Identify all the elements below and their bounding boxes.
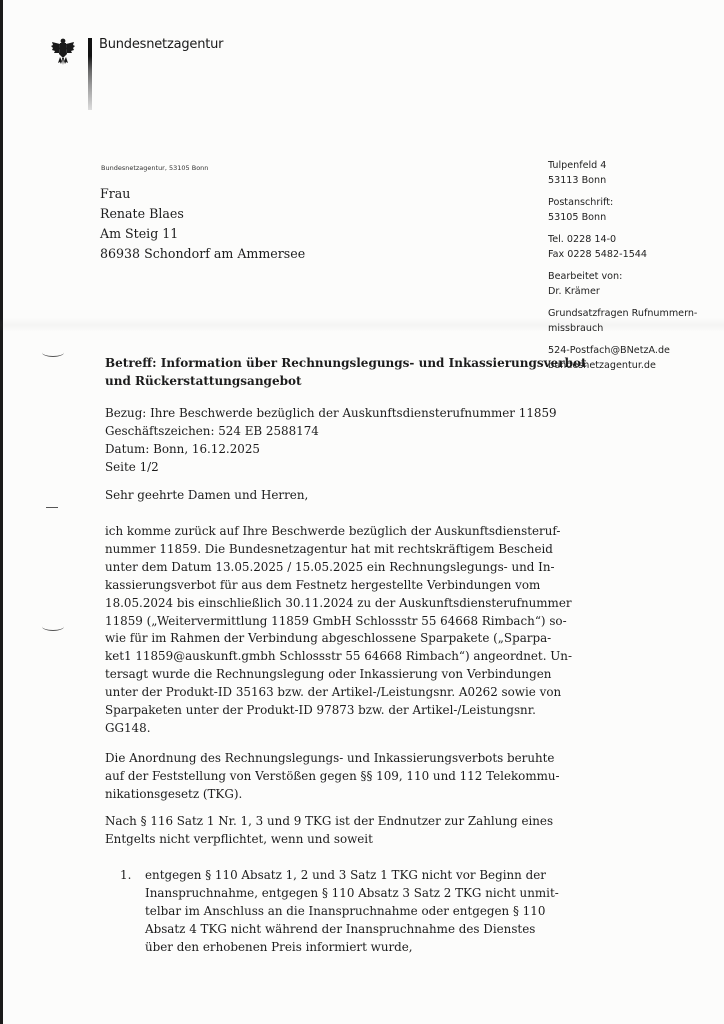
text-line: tersagt wurde die Rechnungslegung oder I… [105,666,572,684]
text-line: 18.05.2024 bis einschließlich 30.11.2024… [105,595,572,613]
text-line: wie für im Rahmen der Verbindung abgesch… [105,630,572,648]
postal-label: Postanschrift: [548,195,724,210]
reference-file-number: Geschäftszeichen: 524 EB 2588174 [105,423,557,441]
agency-name: Bundesnetzagentur [99,37,223,52]
text-line: Sparpaketen unter der Produkt-ID 97873 b… [105,702,572,720]
recipient-city: 86938 Schondorf am Ammersee [100,244,305,264]
department-line2: missbrauch [548,321,724,336]
office-address-line1: Tulpenfeld 4 [548,158,724,173]
salutation: Sehr geehrte Damen und Herren, [105,487,308,505]
logo-bar [88,38,92,110]
recipient-address: Frau Renate Blaes Am Steig 11 86938 Scho… [100,184,305,264]
text-line: nummer 11859. Die Bundesnetzagentur hat … [105,541,572,559]
list-item-number: 1. [120,867,131,885]
recipient-salutation: Frau [100,184,305,204]
fold-mark [46,507,58,508]
text-line: Inanspruchnahme, entgegen § 110 Absatz 3… [145,885,559,903]
text-line: unter der Produkt-ID 35163 bzw. der Arti… [105,684,572,702]
subject-line1: Betreff: Information über Rechnungslegun… [105,355,587,373]
subject-line2: und Rückerstattungsangebot [105,373,587,391]
department-line1: Grundsatzfragen Rufnummern- [548,306,724,321]
sender-info-sidebar: Tulpenfeld 4 53113 Bonn Postanschrift: 5… [548,158,724,380]
letter-page: Bundesnetzagentur Bundesnetzagentur, 531… [0,0,724,1024]
punch-mark [42,622,64,631]
paragraph-2: Die Anordnung des Rechnungslegungs- und … [105,750,560,804]
text-line: ket1 11859@auskunft.gmbh Schlossstr 55 6… [105,648,572,666]
processed-by-name: Dr. Krämer [548,284,724,299]
paragraph-1: ich komme zurück auf Ihre Beschwerde bez… [105,523,572,738]
scan-edge [0,0,3,1024]
reference-page: Seite 1/2 [105,459,557,477]
list-item: entgegen § 110 Absatz 1, 2 und 3 Satz 1 … [145,867,559,957]
federal-eagle-icon [51,36,75,66]
text-line: ich komme zurück auf Ihre Beschwerde bez… [105,523,572,541]
text-line: Die Anordnung des Rechnungslegungs- und … [105,750,560,768]
text-line: unter dem Datum 13.05.2025 / 15.05.2025 … [105,559,572,577]
text-line: Entgelts nicht verpflichtet, wenn und so… [105,831,553,849]
recipient-name: Renate Blaes [100,204,305,224]
fax: Fax 0228 5482-1544 [548,247,724,262]
subject-heading: Betreff: Information über Rechnungslegun… [105,355,587,391]
reference-date: Datum: Bonn, 16.12.2025 [105,441,557,459]
text-line: kassierungsverbot für aus dem Festnetz h… [105,577,572,595]
punch-mark [42,348,64,357]
text-line: auf der Feststellung von Verstößen gegen… [105,768,560,786]
paragraph-3: Nach § 116 Satz 1 Nr. 1, 3 und 9 TKG ist… [105,813,553,849]
text-line: über den erhobenen Preis informiert wurd… [145,939,559,957]
text-line: telbar im Anschluss an die Inanspruchnah… [145,903,559,921]
text-line: 11859 („Weitervermittlung 11859 GmbH Sch… [105,613,572,631]
text-line: Nach § 116 Satz 1 Nr. 1, 3 und 9 TKG ist… [105,813,553,831]
processed-by-label: Bearbeitet von: [548,269,724,284]
sender-return-address: Bundesnetzagentur, 53105 Bonn [101,164,208,172]
text-line: nikationsgesetz (TKG). [105,786,560,804]
reference-bezug: Bezug: Ihre Beschwerde bezüglich der Aus… [105,405,557,423]
reference-block: Bezug: Ihre Beschwerde bezüglich der Aus… [105,405,557,477]
text-line: entgegen § 110 Absatz 1, 2 und 3 Satz 1 … [145,867,559,885]
text-line: Absatz 4 TKG nicht während der Inanspruc… [145,921,559,939]
text-line: GG148. [105,720,572,738]
telephone: Tel. 0228 14-0 [548,232,724,247]
office-address-line2: 53113 Bonn [548,173,724,188]
postal-city: 53105 Bonn [548,210,724,225]
recipient-street: Am Steig 11 [100,224,305,244]
